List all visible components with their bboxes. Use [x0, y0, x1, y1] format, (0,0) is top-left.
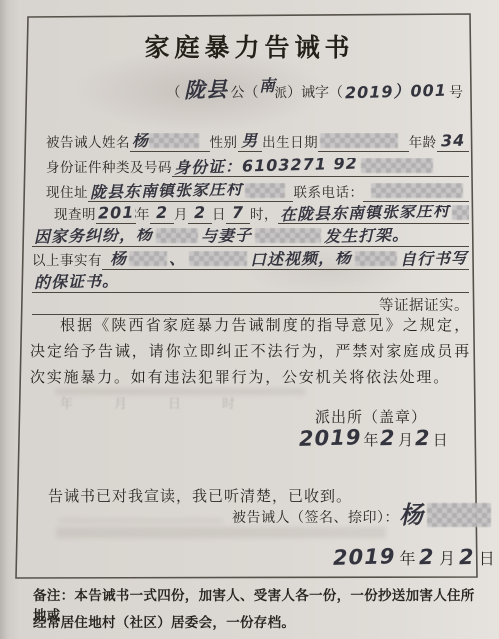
gender-label: 性别 — [210, 135, 238, 152]
page-title: 家庭暴力告诫书 — [30, 28, 469, 64]
field-row-identity: 被告诫人姓名 杨 性别 男 出生日期 年龄 34 — [46, 131, 469, 152]
redaction-block — [149, 133, 199, 148]
found-year-field: 2019 — [96, 205, 136, 224]
footnote-line2: 经常居住地村（社区）居委会，一份存档。 — [33, 611, 485, 631]
dob-label: 出生日期 — [262, 135, 318, 152]
incident-field: 因家务纠纷，杨与妻子发生打架。 — [32, 228, 469, 247]
docno-pai: 派 — [275, 83, 288, 101]
docno-branch-handwritten: 南 — [258, 78, 275, 94]
facts-separator: 、 — [169, 251, 186, 267]
redaction-block — [189, 251, 247, 266]
bleedthrough-rule — [58, 519, 223, 522]
sign-month-unit: 月 — [439, 546, 455, 569]
address-label: 现住址 — [46, 185, 88, 202]
docno-open: （ — [167, 82, 181, 102]
idcard-value-field: 身份证：6103271 92 — [172, 158, 469, 177]
sign-year-handwritten: 2019 — [333, 546, 396, 569]
sign-year-unit: 年 — [399, 546, 415, 569]
idcard-label: 身份证件种类及号码 — [46, 160, 172, 177]
stamp-day-handwritten: 2 — [415, 428, 431, 449]
month-unit: 月 — [174, 207, 188, 224]
found-year-handwritten: 2019 — [98, 205, 136, 222]
station-stamp-label: 派出所（盖章） — [315, 406, 427, 427]
gender-handwritten: 男 — [241, 133, 258, 149]
redaction-block — [355, 251, 397, 266]
found-hour-field: 7 — [226, 205, 250, 224]
field-row-incident: 因家务纠纷，杨与妻子发生打架。 — [32, 226, 469, 247]
sign-day-unit: 日 — [479, 546, 495, 569]
facts-cont-handwritten: 的保证书。 — [34, 274, 119, 291]
name-value-field: 杨 — [130, 133, 210, 152]
doc-number: （ 陇县 公（ 南 派 ）诫字（ 2019）001 号 — [167, 80, 463, 102]
redaction-block — [427, 503, 491, 527]
redaction-block — [371, 183, 463, 198]
year-unit: 年 — [136, 207, 150, 224]
hour-unit: 时， — [250, 207, 278, 224]
incident-post-handwritten: 发生打架。 — [324, 228, 409, 245]
docno-hao: 号 — [449, 82, 463, 102]
found-day-handwritten: 2 — [194, 205, 207, 221]
day-unit: 日 — [212, 207, 226, 224]
field-row-facts-cont: 的保证书。 — [32, 272, 469, 293]
bleedthrough-smudge — [55, 388, 305, 395]
facts-name1-handwritten: 杨 — [110, 251, 127, 267]
stamp-year-handwritten: 2019 — [299, 427, 362, 450]
age-value-field: 34 — [437, 133, 469, 152]
age-handwritten: 34 — [440, 133, 465, 149]
redaction-block — [320, 133, 398, 148]
incident-pre-handwritten: 因家务纠纷，杨 — [34, 228, 153, 246]
field-row-findings: 现查明 2019 年 2 月 2 日 7 时， 在陇县东南镇张家庄村， — [46, 203, 469, 224]
facts-post-handwritten: 自行书写 — [400, 251, 468, 268]
redaction-block — [245, 183, 285, 198]
docno-zi: ）诫字（ — [287, 82, 343, 102]
sign-month-handwritten: 2 — [419, 547, 435, 568]
docno-number-handwritten: 2019）001 — [345, 83, 447, 102]
field-row-facts: 以上事实有 杨、口述视频，杨自行书写 — [32, 249, 469, 270]
phone-label: 联系电话： — [293, 185, 363, 202]
found-hour-handwritten: 7 — [232, 205, 245, 221]
bleedthrough-text: 年 月 日 时 — [60, 393, 249, 412]
bleedthrough-smudge — [56, 527, 386, 538]
found-month-handwritten: 2 — [156, 205, 169, 221]
field-row-address: 现住址 陇县东南镇张家庄村 联系电话： — [46, 181, 469, 202]
age-label: 年龄 — [409, 135, 437, 152]
name-label: 被告诫人姓名 — [46, 135, 130, 152]
redaction-block — [255, 228, 321, 243]
address-handwritten: 陇县东南镇张家庄村 — [90, 183, 243, 201]
dob-value-field — [318, 133, 409, 152]
name-handwritten: 杨 — [132, 133, 149, 149]
docno-gong: 公（ — [231, 82, 259, 102]
decision-paragraph: 根据《陕西省家庭暴力告诫制度的指导意见》之规定，决定给予告诫，请你立即纠正不法行… — [30, 313, 471, 391]
found-month-field: 2 — [150, 205, 174, 224]
idcard-handwritten: 身份证：6103271 92 — [174, 158, 358, 176]
facts-cont-field: 的保证书。 — [32, 274, 469, 293]
sign-label: 被告诫人（签名、捺印）： — [232, 510, 399, 528]
found-label: 现查明 — [54, 207, 96, 224]
field-row-evidence: 等证据证实。 — [32, 294, 469, 315]
facts-mid-handwritten: 口述视频，杨 — [250, 251, 352, 268]
found-place-handwritten: 在陇县东南镇张家庄村 — [280, 205, 450, 223]
phone-value-field — [363, 183, 469, 202]
signature-row: 被告诫人（签名、捺印）： 杨 — [232, 503, 491, 527]
stamp-year-unit: 年 — [363, 429, 378, 450]
station-stamp-date: 2019 年 2 月 2 日 — [299, 428, 450, 450]
facts-label: 以上事实有 — [32, 253, 102, 270]
found-place-field: 在陇县东南镇张家庄村， — [278, 205, 469, 224]
signature-handwritten: 杨 — [399, 503, 425, 528]
address-value-field: 陇县东南镇张家庄村 — [88, 183, 293, 202]
facts-field: 杨、口述视频，杨自行书写 — [102, 251, 469, 270]
stamp-month-unit: 月 — [398, 429, 413, 450]
signature-date: 2019 年 2 月 2 日 — [333, 546, 499, 569]
incident-mid-handwritten: 与妻子 — [201, 228, 252, 245]
stamp-day-unit: 日 — [433, 429, 448, 450]
found-day-field: 2 — [188, 205, 212, 224]
docno-county-handwritten: 陇县 — [183, 79, 228, 101]
gender-value-field: 男 — [238, 133, 263, 152]
redaction-block — [129, 251, 167, 266]
redaction-block — [452, 205, 469, 220]
stamp-month-handwritten: 2 — [380, 428, 396, 449]
field-row-idcard: 身份证件种类及号码 身份证：6103271 92 — [46, 156, 469, 177]
sign-day-handwritten: 2 — [459, 547, 475, 568]
document-photo: 家庭暴力告诫书 （ 陇县 公（ 南 派 ）诫字（ 2019）001 号 被告诫人… — [0, 0, 499, 639]
redaction-block — [156, 228, 198, 243]
redaction-block — [361, 158, 433, 173]
